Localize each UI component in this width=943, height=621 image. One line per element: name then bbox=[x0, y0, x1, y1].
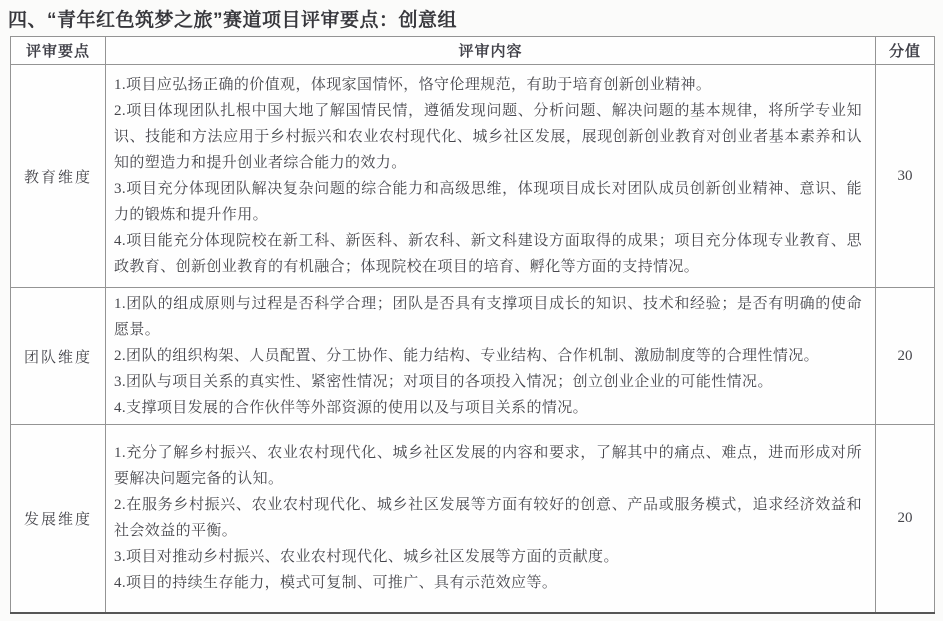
criteria-content-cell: 1.充分了解乡村振兴、农业农村现代化、城乡社区发展的内容和要求，了解其中的痛点、… bbox=[106, 425, 876, 613]
evaluation-rubric-table: 评审要点 评审内容 分值 教育维度 1.项目应弘扬正确的价值观，体现家国情怀，恪… bbox=[10, 36, 935, 614]
dimension-label: 团队维度 bbox=[11, 288, 106, 425]
criteria-item: 4.项目能充分体现院校在新工科、新医科、新农科、新文科建设方面取得的成果；项目充… bbox=[114, 228, 862, 280]
dimension-label: 教育维度 bbox=[11, 65, 106, 288]
table-row-education-dimension: 教育维度 1.项目应弘扬正确的价值观，体现家国情怀，恪守伦理规范，有助于培育创新… bbox=[11, 65, 935, 288]
criteria-item: 3.项目对推动乡村振兴、农业农村现代化、城乡社区发展等方面的贡献度。 bbox=[114, 544, 862, 570]
criteria-item: 2.团队的组织构架、人员配置、分工协作、能力结构、专业结构、合作机制、激励制度等… bbox=[114, 343, 862, 369]
page-title: 四、“青年红色筑梦之旅”赛道项目评审要点：创意组 bbox=[8, 5, 943, 32]
criteria-item: 1.团队的组成原则与过程是否科学合理；团队是否具有支撑项目成长的知识、技术和经验… bbox=[114, 291, 862, 343]
column-header-criteria: 评审要点 bbox=[11, 37, 106, 65]
score-value: 20 bbox=[876, 425, 935, 613]
score-value: 20 bbox=[876, 288, 935, 425]
table-row-team-dimension: 团队维度 1.团队的组成原则与过程是否科学合理；团队是否具有支撑项目成长的知识、… bbox=[11, 288, 935, 425]
criteria-item: 2.在服务乡村振兴、农业农村现代化、城乡社区发展等方面有较好的创意、产品或服务模… bbox=[114, 492, 862, 544]
dimension-label: 发展维度 bbox=[11, 425, 106, 613]
criteria-item: 4.支撑项目发展的合作伙伴等外部资源的使用以及与项目关系的情况。 bbox=[114, 395, 862, 421]
criteria-item: 3.项目充分体现团队解决复杂问题的综合能力和高级思维，体现项目成长对团队成员创新… bbox=[114, 176, 862, 228]
criteria-content-cell: 1.项目应弘扬正确的价值观，体现家国情怀，恪守伦理规范，有助于培育创新创业精神。… bbox=[106, 65, 876, 288]
column-header-score: 分值 bbox=[876, 37, 935, 65]
score-value: 30 bbox=[876, 65, 935, 288]
criteria-content-cell: 1.团队的组成原则与过程是否科学合理；团队是否具有支撑项目成长的知识、技术和经验… bbox=[106, 288, 876, 425]
criteria-item: 4.项目的持续生存能力，模式可复制、可推广、具有示范效应等。 bbox=[114, 570, 862, 596]
criteria-item: 1.项目应弘扬正确的价值观，体现家国情怀，恪守伦理规范，有助于培育创新创业精神。 bbox=[114, 72, 862, 98]
table-header-row: 评审要点 评审内容 分值 bbox=[11, 37, 935, 65]
criteria-item: 2.项目体现团队扎根中国大地了解国情民情，遵循发现问题、分析问题、解决问题的基本… bbox=[114, 98, 862, 176]
table-row-development-dimension: 发展维度 1.充分了解乡村振兴、农业农村现代化、城乡社区发展的内容和要求，了解其… bbox=[11, 425, 935, 613]
criteria-item: 3.团队与项目关系的真实性、紧密性情况；对项目的各项投入情况；创立创业企业的可能… bbox=[114, 369, 862, 395]
criteria-item: 1.充分了解乡村振兴、农业农村现代化、城乡社区发展的内容和要求，了解其中的痛点、… bbox=[114, 440, 862, 492]
column-header-content: 评审内容 bbox=[106, 37, 876, 65]
